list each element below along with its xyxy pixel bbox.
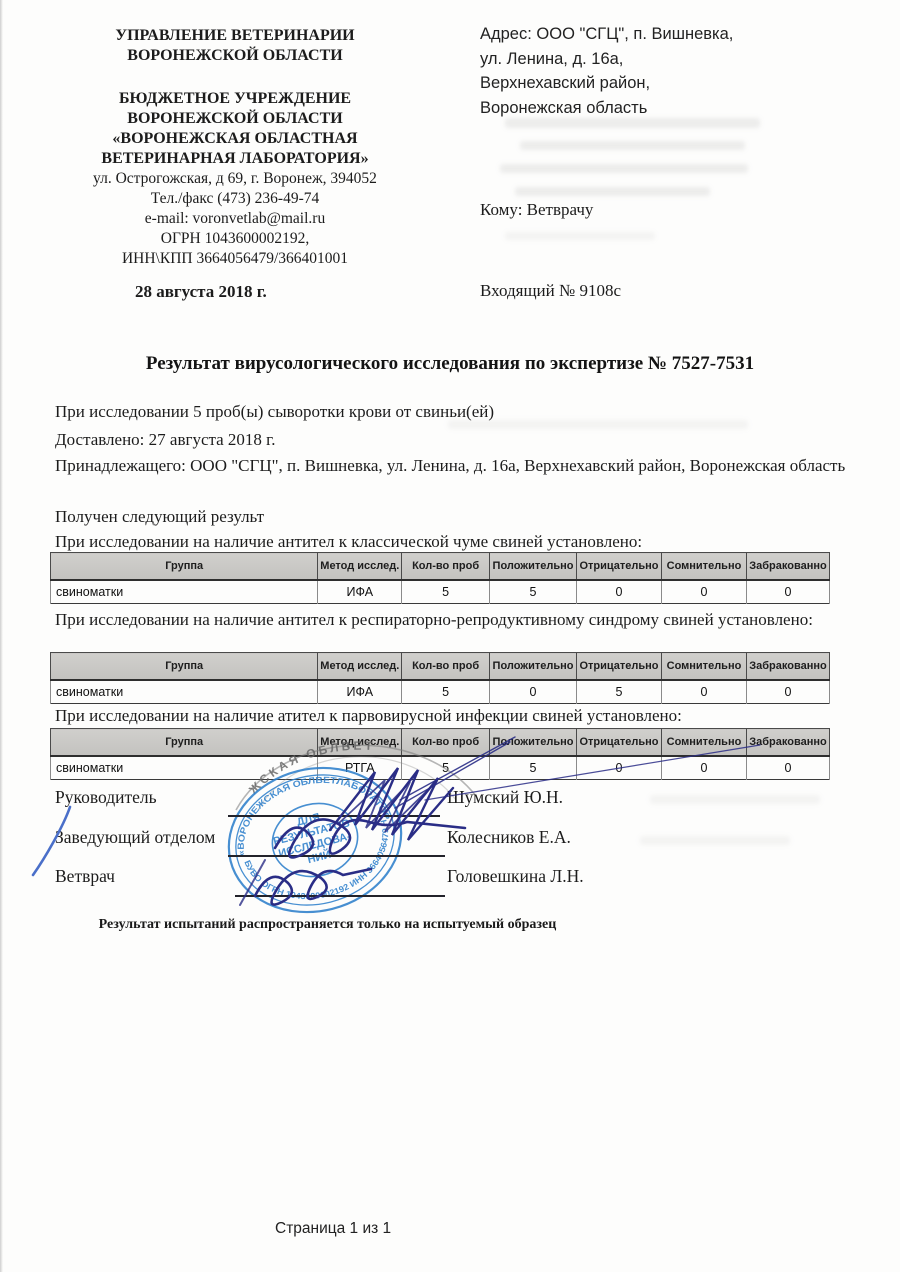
- samples-line: При исследовании 5 проб(ы) сыворотки кро…: [55, 399, 855, 424]
- page-number: Страница 1 из 1: [275, 1220, 391, 1238]
- scan-bleed-artifact: [505, 232, 655, 240]
- table-cell: 0: [661, 580, 746, 604]
- results-table-csf: ГруппаМетод исслед.Кол-во пробПоложитель…: [50, 552, 830, 604]
- column-header: Отрицательно: [577, 553, 662, 580]
- delivered-line: Доставлено: 27 августа 2018 г.: [55, 427, 855, 452]
- margin-pen-mark: [25, 803, 80, 881]
- table-cell: 0: [577, 580, 662, 604]
- column-header: Положительно: [490, 553, 577, 580]
- phone-fax: Тел./факс (473) 236-49-74: [38, 189, 432, 209]
- document-title: Результат вирусологического исследования…: [0, 353, 900, 375]
- column-header: Отрицательно: [577, 653, 662, 680]
- institution-name-line: «ВОРОНЕЖСКАЯ ОБЛАСТНАЯ: [38, 129, 432, 149]
- column-header: Метод исслед.: [318, 653, 402, 680]
- inn-kpp: ИНН\КПП 3664056479/366401001: [38, 249, 432, 269]
- institution-name-line: ВЕТЕРИНАРНАЯ ЛАБОРАТОРИЯ»: [38, 149, 432, 169]
- recipient-address-line: Верхнехавский район,: [480, 71, 810, 96]
- column-header: Забракованно: [746, 653, 829, 680]
- ogrn: ОГРН 1043600002192,: [38, 229, 432, 249]
- recipient-address-block: Адрес: ООО "СГЦ", п. Вишневка, ул. Ленин…: [480, 22, 810, 120]
- disclaimer-note: Результат испытаний распространяется тол…: [55, 917, 600, 933]
- incoming-number: Входящий № 9108с: [480, 281, 621, 301]
- street-address: ул. Острогожская, д 69, г. Воронеж, 3940…: [38, 169, 432, 189]
- table-cell: свиноматки: [51, 580, 318, 604]
- column-header: Группа: [51, 653, 318, 680]
- scan-bleed-artifact: [500, 164, 748, 173]
- table-row: свиноматкиИФА55000: [51, 580, 830, 604]
- signature-ink: [170, 700, 790, 930]
- scan-bleed-artifact: [520, 141, 745, 150]
- column-header: Положительно: [490, 653, 577, 680]
- results-table-prrs: ГруппаМетод исслед.Кол-во пробПоложитель…: [50, 652, 830, 704]
- column-header: Группа: [51, 553, 318, 580]
- recipient-address-line: Адрес: ООО "СГЦ", п. Вишневка,: [480, 22, 810, 47]
- scan-bleed-artifact: [515, 187, 710, 196]
- column-header: Забракованно: [746, 553, 829, 580]
- recipient-line: Кому: Ветврачу: [480, 200, 593, 220]
- table-cell: 0: [746, 580, 829, 604]
- email: e-mail: voronvetlab@mail.ru: [38, 209, 432, 229]
- document-date: 28 августа 2018 г.: [135, 282, 267, 302]
- table-cell: ИФА: [318, 580, 402, 604]
- column-header: Сомнительно: [661, 653, 746, 680]
- table-cell: 5: [490, 580, 577, 604]
- column-header: Сомнительно: [661, 553, 746, 580]
- scanned-document-page: УПРАВЛЕНИЕ ВЕТЕРИНАРИИ ВОРОНЕЖСКОЙ ОБЛАС…: [0, 0, 900, 1272]
- column-header: Метод исслед.: [318, 553, 402, 580]
- table-cell: 5: [402, 580, 490, 604]
- institution-name-line: БЮДЖЕТНОЕ УЧРЕЖДЕНИЕ: [38, 89, 432, 109]
- letterhead-issuer-block: УПРАВЛЕНИЕ ВЕТЕРИНАРИИ ВОРОНЕЖСКОЙ ОБЛАС…: [38, 26, 432, 269]
- institution-name-line: ВОРОНЕЖСКОЙ ОБЛАСТИ: [38, 109, 432, 129]
- table-intro-csf: При исследовании на наличие антител к кл…: [55, 529, 855, 554]
- table-intro-prrs: При исследовании на наличие антител к ре…: [55, 607, 825, 632]
- column-header: Кол-во проб: [402, 553, 490, 580]
- recipient-address-line: Воронежская область: [480, 96, 810, 121]
- result-line: Получен следующий результ: [55, 504, 855, 529]
- recipient-address-line: ул. Ленина, д. 16а,: [480, 47, 810, 72]
- authority-name-line: УПРАВЛЕНИЕ ВЕТЕРИНАРИИ: [38, 26, 432, 46]
- scan-edge-shadow: [0, 0, 3, 1272]
- column-header: Кол-во проб: [402, 653, 490, 680]
- authority-name-line: ВОРОНЕЖСКОЙ ОБЛАСТИ: [38, 46, 432, 66]
- owner-line: Принадлежащего: ООО "СГЦ", п. Вишневка, …: [55, 453, 867, 478]
